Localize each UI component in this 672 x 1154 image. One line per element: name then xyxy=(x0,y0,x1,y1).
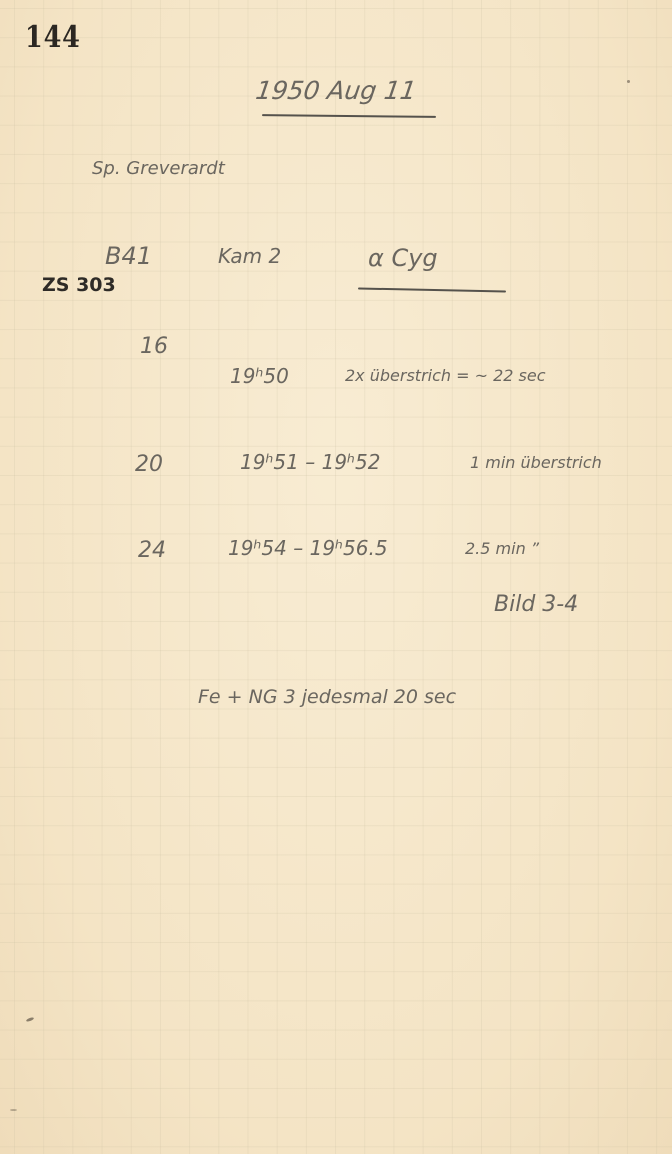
filter-note: Fe + NG 3 jedesmal 20 sec xyxy=(198,686,456,708)
object-underline xyxy=(358,287,506,292)
paper-mark xyxy=(10,1109,17,1111)
notebook-page: 144 1950 Aug 11 Sp. Greverardt B41 Kam 2… xyxy=(0,0,672,1154)
entry-note: 1 min überstrich xyxy=(470,453,602,472)
entry-time: 19ʰ50 xyxy=(230,364,289,388)
observation-date: 1950 Aug 11 xyxy=(254,76,418,105)
paper-mark xyxy=(627,80,630,83)
entry-number: 24 xyxy=(138,538,166,563)
entry-note: 2x überstrich = ~ 22 sec xyxy=(345,366,546,385)
entry-number: 20 xyxy=(135,452,163,477)
camera-label: Kam 2 xyxy=(218,244,281,268)
entry-number: 16 xyxy=(140,334,168,359)
entry-time: 19ʰ54 – 19ʰ56.5 xyxy=(228,536,388,560)
plate-id: ZS 303 xyxy=(42,274,116,296)
page-number: 144 xyxy=(25,20,81,55)
plate-label: B41 xyxy=(105,242,152,270)
observer-name: Sp. Greverardt xyxy=(92,158,225,179)
entry-time: 19ʰ51 – 19ʰ52 xyxy=(240,450,380,474)
entry-note: 2.5 min ” xyxy=(465,539,539,558)
date-underline xyxy=(262,114,436,118)
paper-mark xyxy=(26,1017,35,1023)
target-object: α Cyg xyxy=(368,244,438,272)
image-reference: Bild 3-4 xyxy=(494,592,578,617)
